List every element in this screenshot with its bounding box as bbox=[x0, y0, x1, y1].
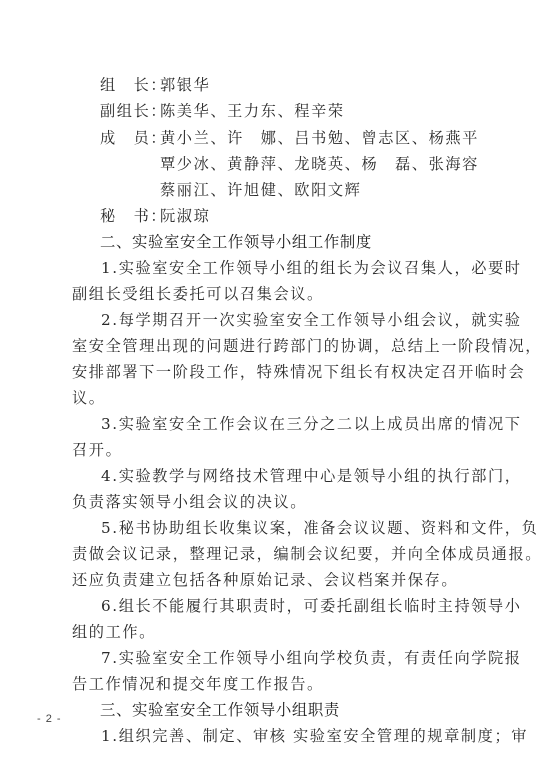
paragraph-line: 负责落实领导小组会议的决议。 bbox=[72, 492, 307, 512]
deputy-label: 副组长： bbox=[100, 101, 160, 121]
paragraph-line: 室安全管理出现的问题进行跨部门的协调，总结上一阶段情况， bbox=[72, 336, 542, 356]
paragraph-line: 1.组织完善、制定、审核 实验室安全管理的规章制度；审 bbox=[101, 726, 528, 746]
paragraph-line: 2.每学期召开一次实验室安全工作领导小组会议，就实验 bbox=[101, 310, 522, 330]
paragraph-line: 组的工作。 bbox=[72, 622, 156, 642]
paragraph-line: 4.实验教学与网络技术管理中心是领导小组的执行部门， bbox=[101, 466, 522, 486]
paragraph-line: 还应负责建立包括各种原始记录、会议档案并保存。 bbox=[72, 570, 458, 590]
paragraph-line: 6.组长不能履行其职责时，可委托副组长临时主持领导小 bbox=[101, 596, 522, 616]
secretary-name: 阮淑琼 bbox=[160, 207, 210, 225]
deputy-names: 陈美华、王力东、程辛荣 bbox=[160, 102, 345, 120]
deputy-row: 副组长：陈美华、王力东、程辛荣 bbox=[100, 101, 345, 121]
paragraph-line: 副组长受组长委托可以召集会议。 bbox=[72, 284, 324, 304]
members-row: 成 员：黄小兰、许 娜、吕书勉、曾志区、杨燕平 bbox=[100, 128, 479, 148]
page-number: - 2 - bbox=[37, 713, 62, 725]
section2-heading: 二、实验室安全工作领导小组工作制度 bbox=[100, 232, 372, 252]
secretary-label: 秘 书： bbox=[100, 206, 160, 226]
paragraph-line: 7.实验室安全工作领导小组向学校负责，有责任向学院报 bbox=[101, 648, 522, 668]
paragraph-line: 1.实验室安全工作领导小组的组长为会议召集人，必要时 bbox=[101, 258, 522, 278]
paragraph-line: 责做会议记录，整理记录，编制会议纪要，并向全体成员通报。 bbox=[72, 544, 542, 564]
paragraph-line: 告工作情况和提交年度工作报告。 bbox=[72, 674, 324, 694]
paragraph-line: 3.实验室安全工作会议在三分之二以上成员出席的情况下 bbox=[101, 414, 522, 434]
members-names-1: 黄小兰、许 娜、吕书勉、曾志区、杨燕平 bbox=[160, 129, 479, 147]
paragraph-line: 5.秘书协助组长收集议案，准备会议议题、资料和文件，负 bbox=[101, 518, 538, 538]
leader-name: 郭银华 bbox=[160, 76, 210, 94]
section3-heading: 三、实验室安全工作领导小组职责 bbox=[100, 700, 340, 720]
paragraph-line: 安排部署下一阶段工作，特殊情况下组长有权决定召开临时会 bbox=[72, 362, 525, 382]
secretary-row: 秘 书：阮淑琼 bbox=[100, 206, 210, 226]
members-label: 成 员： bbox=[100, 128, 160, 148]
members-names-2: 覃少冰、黄静萍、龙晓英、杨 磊、张海容 bbox=[160, 154, 479, 174]
paragraph-line: 召开。 bbox=[72, 440, 122, 460]
leader-row: 组 长：郭银华 bbox=[100, 75, 210, 95]
leader-label: 组 长： bbox=[100, 75, 160, 95]
members-names-3: 蔡丽江、许旭健、欧阳文辉 bbox=[160, 180, 361, 200]
paragraph-line: 议。 bbox=[72, 388, 106, 408]
